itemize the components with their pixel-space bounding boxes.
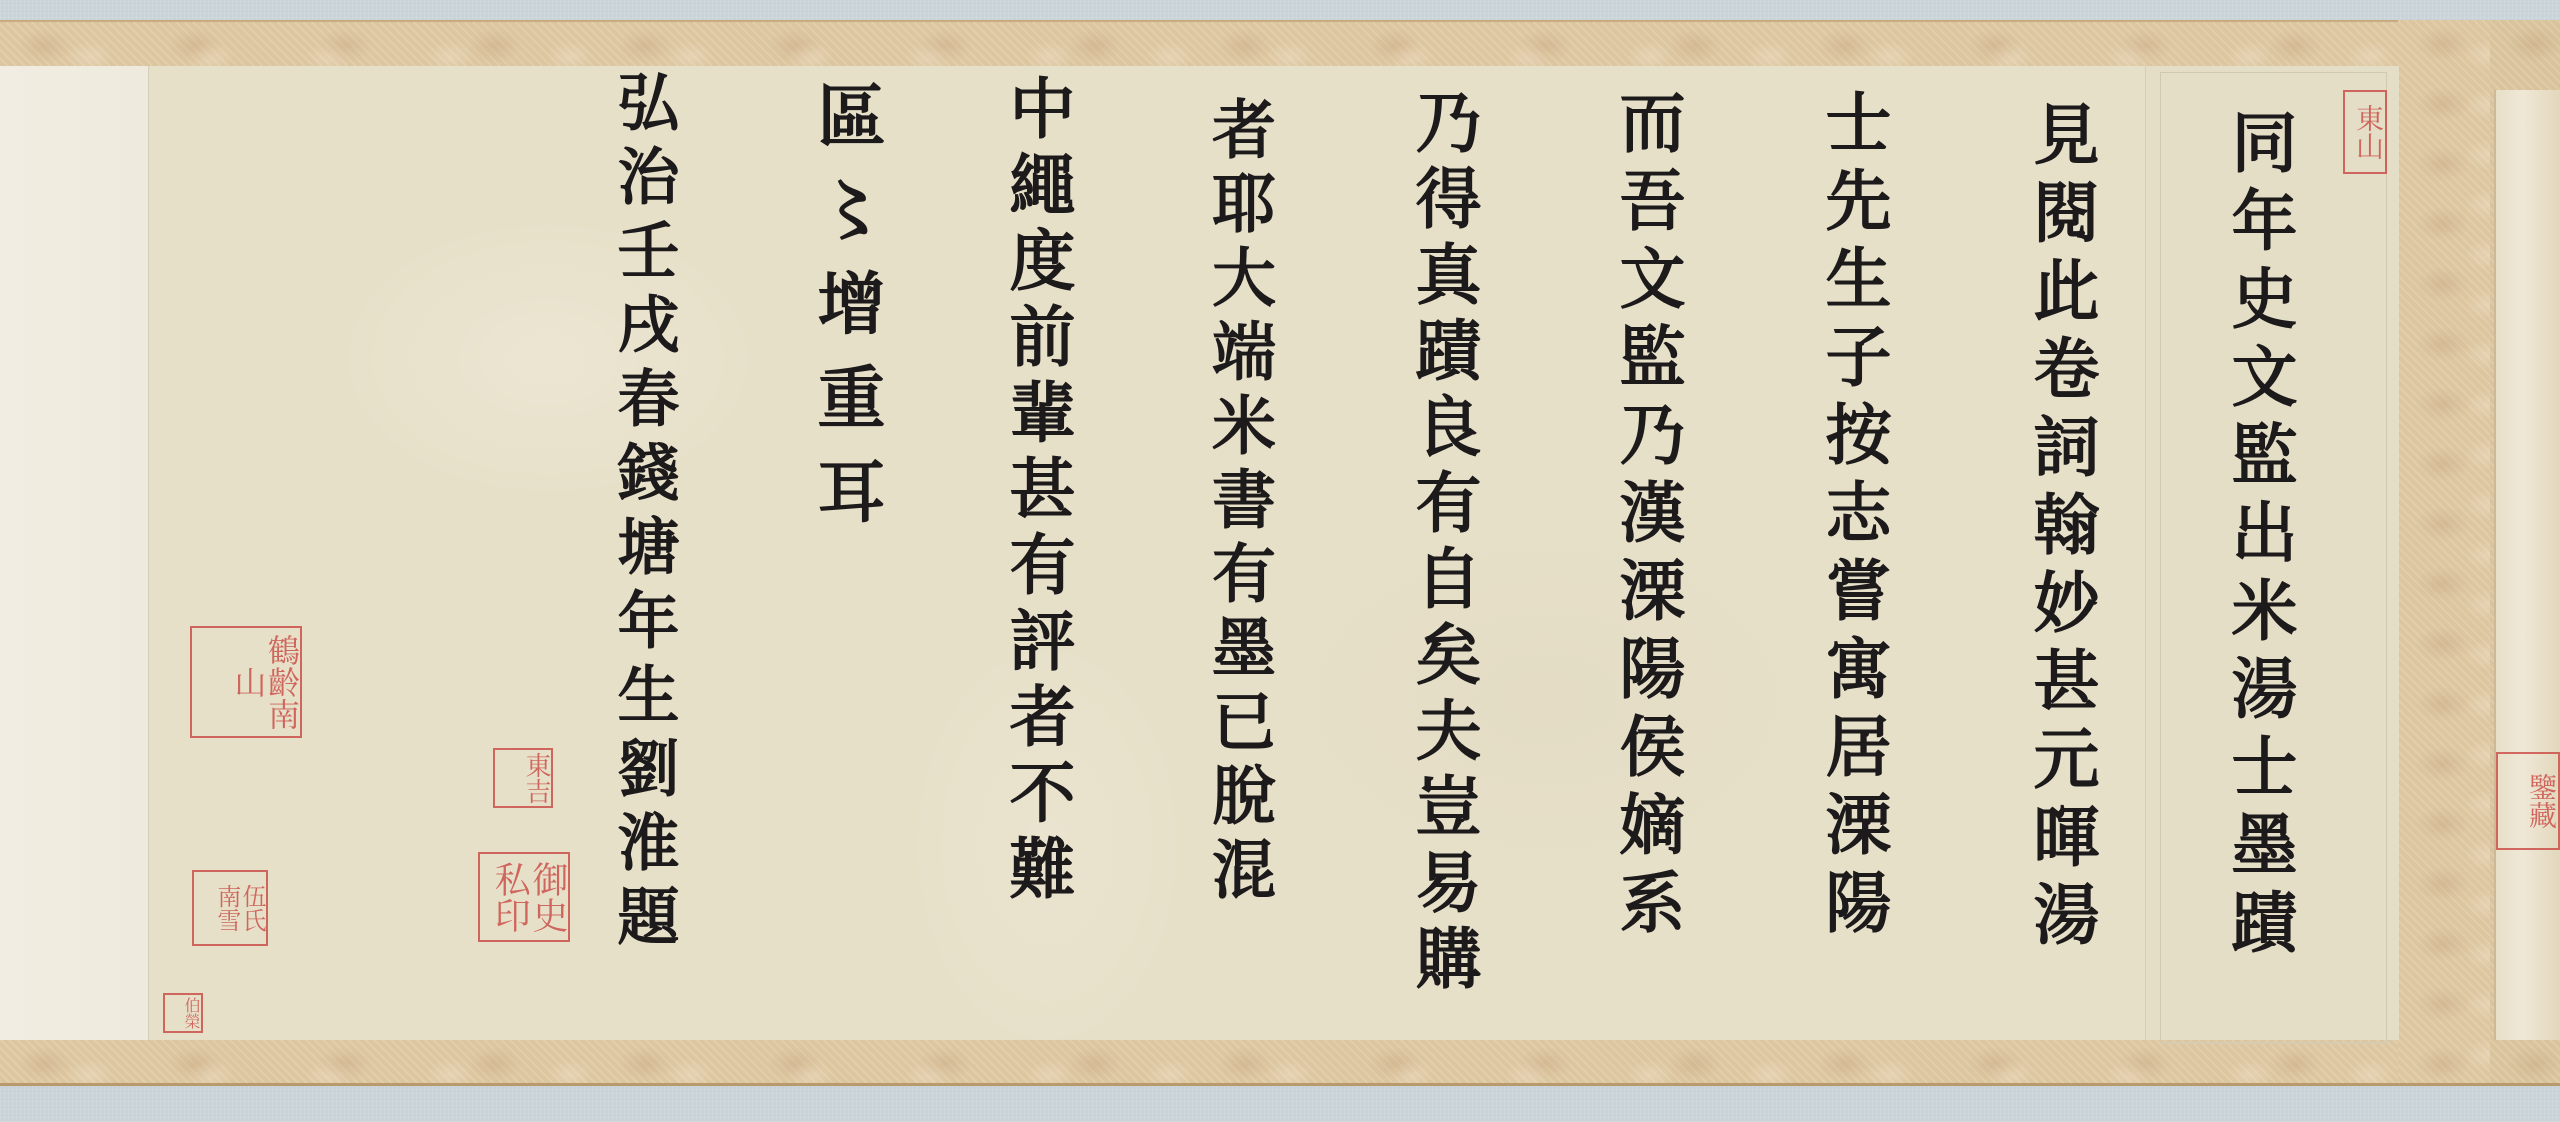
inscription-column-6: 者耶大端米書有墨已脫混 xyxy=(1206,96,1270,910)
seal-top-right: 東山 xyxy=(2343,90,2387,174)
silk-border-right xyxy=(2398,20,2490,1083)
inscription-column-5: 乃得真蹟良有自矣夫豈易購 xyxy=(1410,88,1476,1000)
scroll-end-strip xyxy=(2494,90,2560,1040)
inscription-column-4: 而吾文監乃漢溧陽侯嫡系 xyxy=(1614,88,1680,946)
silk-border-bottom xyxy=(0,1040,2560,1086)
blank-paper-strip xyxy=(0,66,149,1040)
inscription-column-1: 同年史文監出米湯士墨蹟 xyxy=(2226,108,2292,966)
inscription-column-7: 中繩度前輩甚有評者不難 xyxy=(1004,74,1070,910)
scroll-viewer: 同年史文監出米湯士墨蹟 見閱此卷詞翰妙甚元暉湯 士先生子按志嘗寓居溧陽 而吾文監… xyxy=(0,0,2560,1122)
seal-yushi: 御史私印 xyxy=(478,852,570,942)
seal-right-edge: 鑒藏 xyxy=(2496,752,2560,850)
silk-border-top xyxy=(0,20,2560,68)
seal-dongji: 東吉 xyxy=(493,748,553,808)
inscription-column-3: 士先生子按志嘗寓居溧陽 xyxy=(1820,88,1886,946)
inscription-column-2: 見閱此卷詞翰妙甚元暉湯 xyxy=(2028,100,2094,958)
signature-column: 弘治壬戌春錢塘年生劉淮題 xyxy=(612,70,674,958)
seal-large-collector: 鶴齡南山 xyxy=(190,626,302,738)
seal-small-corner: 伯榮 xyxy=(163,993,203,1033)
inscription-column-8: 區〻增重耳 xyxy=(812,80,880,550)
seal-wushi: 伍氏南雪 xyxy=(192,870,268,946)
